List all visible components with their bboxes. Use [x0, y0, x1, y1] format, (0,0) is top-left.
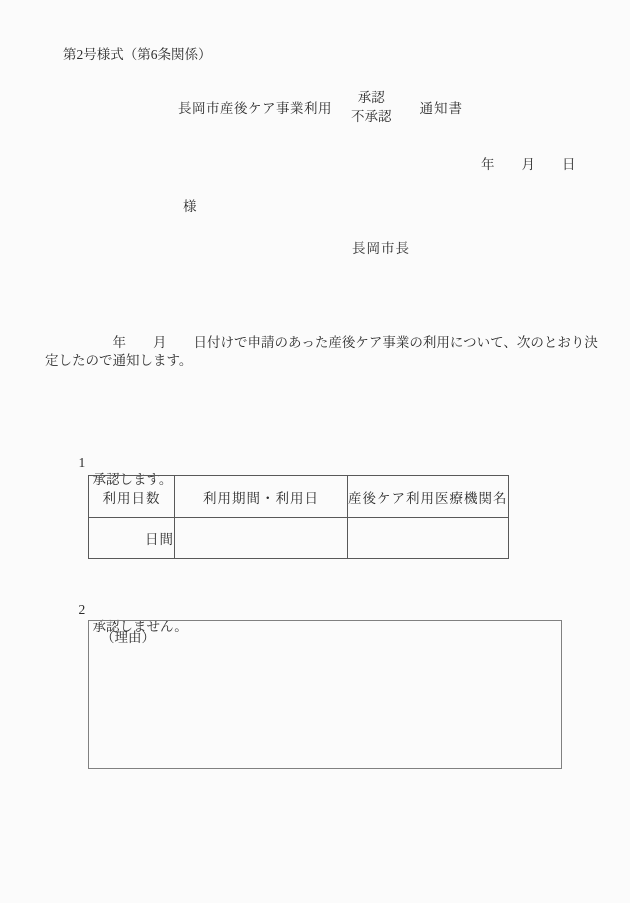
header-usage-period: 利用期間・利用日 [175, 476, 348, 518]
approval-table-data-row: 日間 [89, 518, 509, 559]
header-medical-facility: 産後ケア利用医療機関名 [348, 476, 509, 518]
title-prefix: 長岡市産後ケア事業利用 [178, 97, 332, 117]
approval-table: 利用日数 利用期間・利用日 産後ケア利用医療機関名 日間 [88, 475, 509, 559]
section-1-number: 1 [79, 454, 86, 472]
reason-box: （理由） [88, 620, 562, 769]
section-2-number: 2 [79, 601, 86, 619]
title-suffix: 通知書 [420, 97, 464, 117]
sender-mayor: 長岡市長 [352, 240, 410, 258]
header-usage-days: 利用日数 [89, 476, 175, 518]
document-page: 第2号様式（第6条関係） 長岡市産後ケア事業利用 承認 不承認 通知書 年 月 … [0, 0, 630, 903]
form-number: 第2号様式（第6条関係） [63, 46, 212, 64]
addressee-suffix: 様 [183, 198, 197, 216]
issue-date-line: 年 月 日 [481, 156, 576, 174]
approval-table-header-row: 利用日数 利用期間・利用日 産後ケア利用医療機関名 [89, 476, 509, 518]
document-title: 長岡市産後ケア事業利用 承認 不承認 通知書 [178, 88, 463, 126]
cell-usage-days: 日間 [89, 518, 175, 559]
reason-box-label: （理由） [101, 626, 155, 646]
title-choice-disapprove: 不承認 [351, 107, 392, 126]
cell-medical-facility [348, 518, 509, 559]
title-choice-approve: 承認 [358, 88, 385, 107]
title-approval-choice: 承認 不承認 [351, 88, 392, 126]
cell-usage-period [175, 518, 348, 559]
body-paragraph-line-1: 年 月 日付けで申請のあった産後ケア事業の利用について、次のとおり決 [45, 334, 598, 352]
body-paragraph-line-2: 定したので通知します。 [45, 352, 192, 370]
